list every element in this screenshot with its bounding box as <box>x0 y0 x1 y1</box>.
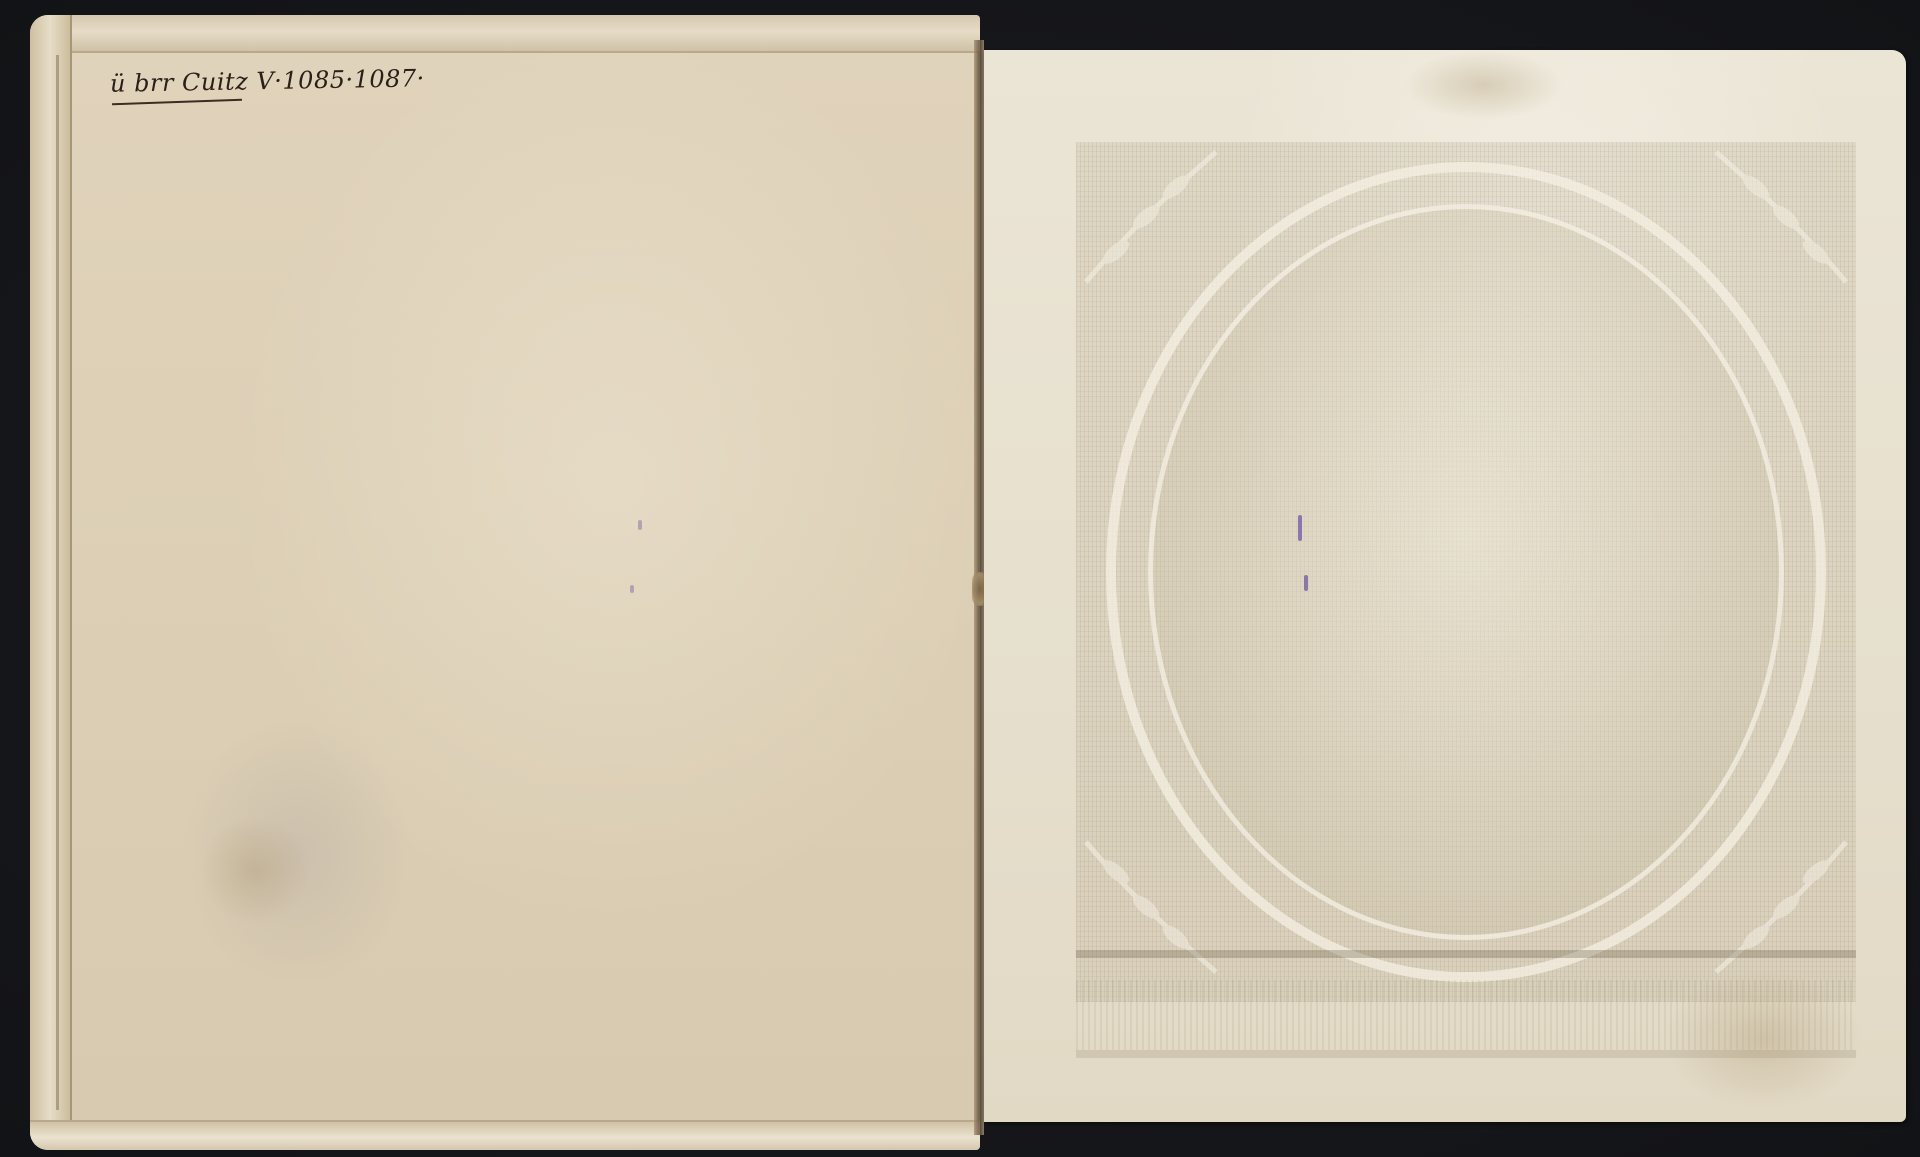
purple-ink-mark <box>1298 515 1302 541</box>
laurel-ornament-icon <box>1076 142 1226 292</box>
laurel-ornament-icon <box>1706 832 1856 982</box>
handwritten-shelfmark: ü brr Cuitz V·1085·1087· <box>110 64 425 97</box>
paper-stain <box>200 815 310 925</box>
laurel-ornament-icon <box>1706 142 1856 292</box>
paper-stain <box>1404 50 1564 120</box>
ink-mark <box>638 520 642 530</box>
paper-stain <box>1664 970 1864 1110</box>
pastedown-page <box>72 53 974 1120</box>
ink-mark <box>630 585 634 593</box>
vellum-turn-in-top <box>30 15 980 53</box>
engraving-show-through <box>1076 142 1856 1002</box>
laurel-ornament-icon <box>1076 832 1226 982</box>
front-cover-inside: ü brr Cuitz V·1085·1087· <box>30 15 980 1150</box>
engraving-base-rule <box>1076 950 1856 958</box>
vellum-turn-in-left <box>30 15 72 1150</box>
portrait-oval-inner <box>1148 204 1784 940</box>
vellum-turn-in-bottom <box>30 1120 980 1150</box>
purple-ink-mark <box>1304 575 1308 591</box>
frontispiece-verso-page <box>984 50 1906 1122</box>
